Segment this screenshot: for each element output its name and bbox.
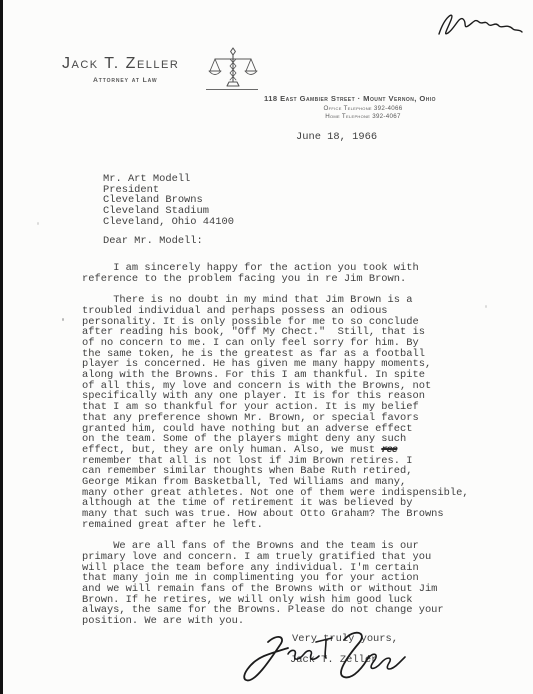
- date-line: June 18, 1966: [296, 132, 377, 143]
- paragraph-2-text-b: remember that all is not lost if Jim Bro…: [82, 455, 469, 531]
- handwritten-annotation: [434, 10, 526, 40]
- salutation: Dear Mr. Modell:: [103, 236, 203, 247]
- home-phone-line: Home Telephone 392-4067: [308, 113, 418, 121]
- letter-body: I am sincerely happy for the action you …: [82, 263, 484, 627]
- paragraph-2-text-a: There is no doubt in my mind that Jim Br…: [82, 294, 431, 456]
- scales-of-justice-icon: [208, 47, 258, 91]
- scanned-letter-page: Jack T. Zeller Attorney at Law 118 East …: [0, 0, 533, 694]
- letterhead-name: Jack T. Zeller: [62, 55, 179, 73]
- recipient-address-block: Mr. Art Modell President Cleveland Brown…: [103, 174, 234, 228]
- office-phone-line: Office Telephone 392-4066: [308, 105, 418, 113]
- paper-speckle: [37, 222, 39, 225]
- paper-speckle: [62, 318, 64, 321]
- scan-edge-artifact: [0, 0, 3, 694]
- letterhead-address: 118 East Gambier Street · Mount Vernon, …: [264, 94, 436, 103]
- signature: [238, 630, 408, 692]
- letterhead-rule: [206, 89, 258, 90]
- letter-paragraph-1: I am sincerely happy for the action you …: [82, 263, 484, 284]
- letterhead-phones: Office Telephone 392-4066 Home Telephone…: [308, 105, 418, 120]
- letterhead-title: Attorney at Law: [93, 77, 157, 84]
- letter-paragraph-3: We are all fans of the Browns and the te…: [82, 541, 484, 627]
- paper-speckle: [485, 305, 487, 308]
- letter-paragraph-2: There is no doubt in my mind that Jim Br…: [82, 295, 484, 530]
